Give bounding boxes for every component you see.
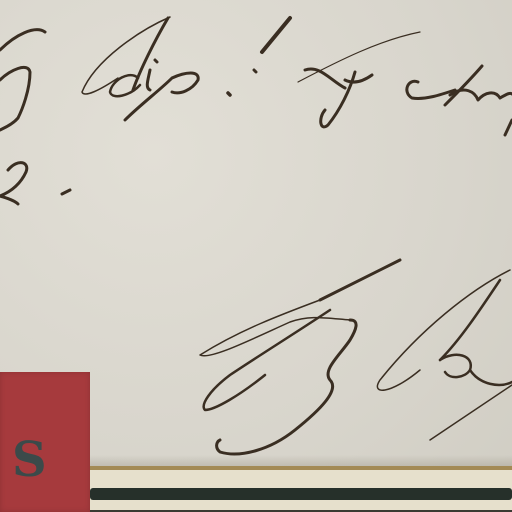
library-label: S bbox=[0, 372, 90, 512]
gold-rule bbox=[90, 466, 512, 470]
handwriting-line-1 bbox=[0, 17, 512, 135]
label-letter: S bbox=[12, 436, 47, 484]
black-rule bbox=[90, 488, 512, 500]
bottom-binding-strip bbox=[90, 466, 512, 512]
signature-flourish bbox=[200, 260, 512, 454]
handwriting-line-2 bbox=[0, 163, 70, 204]
